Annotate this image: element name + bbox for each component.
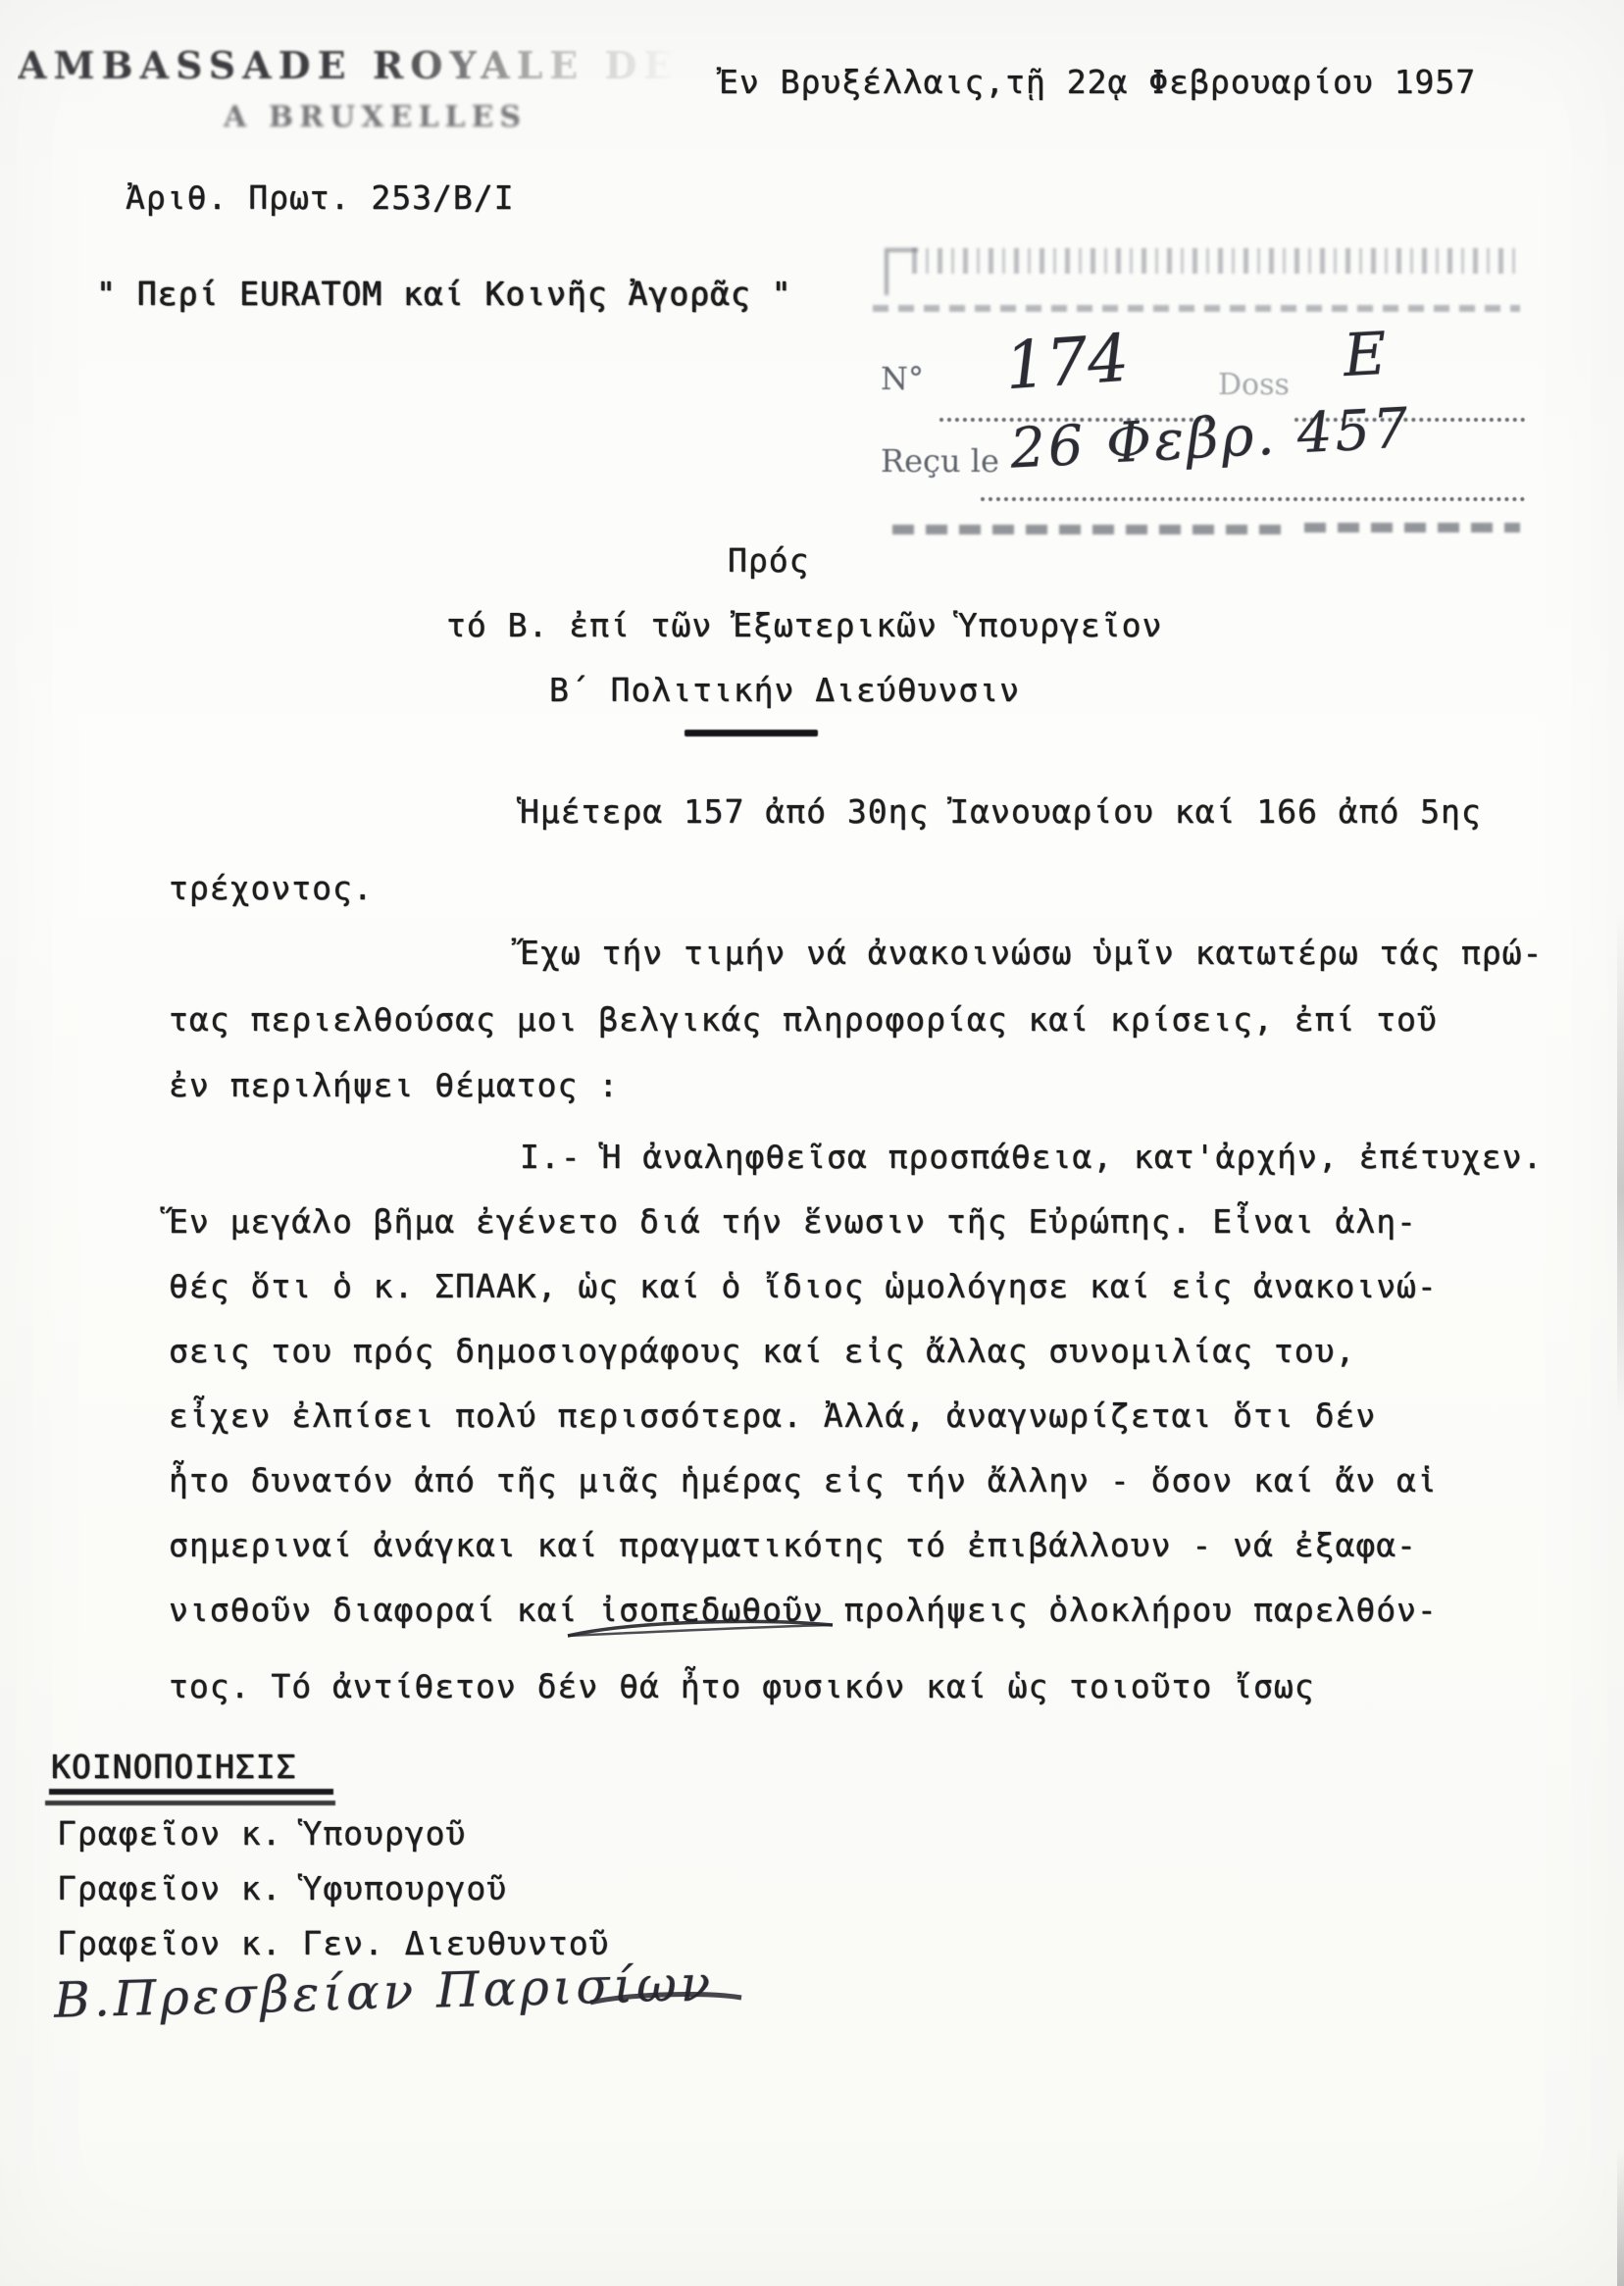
cc-heading-underline-1 [49,1789,333,1795]
stamp-dossier-value-handwritten: E [1342,320,1388,390]
stamp-smudge-line2 [873,305,1520,312]
recipient-line-1: τό Β. ἐπί τῶν Ἐξωτερικῶν Ὑπουργεῖον [446,606,1162,644]
registry-stamp: N° 174 Doss E Reçu le 26 Φεβρ. 457 [873,240,1540,534]
scanned-letter-page: AMBASSADE ROYALE DE A BRUXELLES Ἐν Βρυξέ… [0,0,1624,2286]
recipient-line-2: Β΄ Πολιτικήν Διεύθυνσιν [549,671,1020,709]
body-line-8: θές ὅτι ὁ κ. ΣΠΑΑΚ, ὡς καί ὁ ἴδιος ὡμολό… [169,1267,1438,1305]
body-line-4: τας περιελθούσας μοι βελγικάς πληροφορία… [169,1000,1438,1039]
body-line-5: ἐν περιλήψει θέματος : [169,1066,619,1104]
stamp-smudge-top [912,248,1520,274]
stamp-number-label: N° [881,360,924,397]
cc-item-2: Γραφεῖον κ. Ὑφυπουργοῦ [57,1869,507,1907]
stamp-received-value-handwritten: 26 Φεβρ. 457 [1009,396,1413,481]
body-line-6: Ι.- Ἡ ἀναληφθεῖσα προσπάθεια, κατ'ἀρχήν,… [520,1138,1543,1176]
handwritten-dash [588,1989,745,2008]
body-line-10: εἶχεν ἐλπίσει πολύ περισσότερα. Ἀλλά, ἀν… [169,1397,1376,1435]
cc-item-1: Γραφεῖον κ. Ὑπουργοῦ [57,1814,466,1853]
stamp-dotted-leader-3 [981,497,1525,501]
subject-line: " Περί EURATOM καί Κοινῆς Ἀγορᾶς " [96,275,792,313]
letterhead-line2: A BRUXELLES [224,100,527,134]
scan-edge-artifact [1617,0,1624,2286]
stamp-dossier-label: Doss [1218,368,1290,402]
cc-heading-underline-2 [45,1801,335,1805]
letterhead-line1: AMBASSADE ROYALE DE [18,43,680,87]
body-line-9: σεις του πρός δημοσιογράφους καί εἰς ἄλλ… [169,1332,1355,1370]
body-line-14: τος. Τό ἀντίθετον δέν θά ἦτο φυσικόν καί… [169,1667,1315,1705]
body-line-11: ἦτο δυνατόν ἀπό τῆς μιᾶς ἡμέρας εἰς τήν … [169,1461,1438,1499]
handwritten-underline [564,1616,838,1642]
cc-heading: ΚΟΙΝΟΠΟΙΗΣΙΣ [51,1748,296,1786]
cc-item-3: Γραφεῖον κ. Γεν. Διευθυντοῦ [57,1924,609,1962]
body-line-1: Ἡμέτερα 157 ἀπό 30ης Ἰανουαρίου καί 166 … [520,792,1482,831]
body-line-12: σημεριναί ἀνάγκαι καί πραγματικότης τό ἐ… [169,1526,1417,1564]
body-line-2: τρέχοντος. [169,869,374,907]
body-line-3: Ἔχω τήν τιμήν νά ἀνακοινώσω ὑμῖν κατωτέρ… [520,934,1543,972]
stamp-received-label: Reçu le [881,442,999,480]
stamp-smudge-bottom-right [1304,523,1520,533]
recipient-rule [685,730,818,737]
stamp-smudge-bottom-left [892,525,1285,534]
recipient-salutation: Πρός [728,541,809,580]
place-date-line: Ἐν Βρυξέλλαις,τῇ 22ᾳ Φεβρουαρίου 1957 [719,63,1476,101]
body-line-7: Ἕν μεγάλο βῆμα ἐγένετο διά τήν ἕνωσιν τῆ… [169,1202,1417,1241]
stamp-number-value-handwritten: 174 [1002,321,1131,405]
protocol-number: Ἀριθ. Πρωτ. 253/Β/Ι [126,178,515,217]
